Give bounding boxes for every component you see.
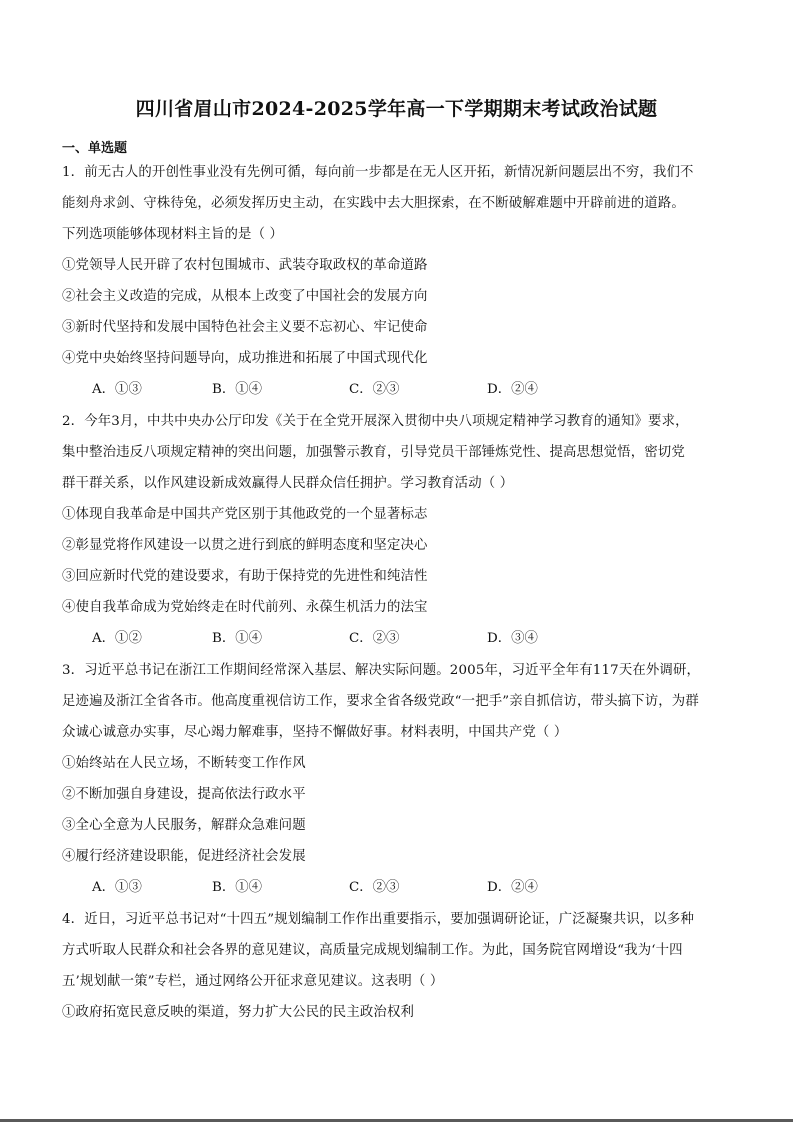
choice-c[interactable]: C．②③ xyxy=(349,880,399,896)
choice-c[interactable]: C．②③ xyxy=(349,631,399,647)
question-stem-line: 方式听取人民群众和社会各界的意见建议，高质量完成规划编制工作。为此，国务院官网增… xyxy=(62,943,683,959)
statement: ②社会主义改造的完成，从根本上改变了中国社会的发展方向 xyxy=(62,289,428,305)
statement: ①始终站在人民立场，不断转变工作作风 xyxy=(62,756,306,772)
statement: ③全心全意为人民服务，解群众急难问题 xyxy=(62,818,306,834)
statement: ④党中央始终坚持问题导向，成功推进和拓展了中国式现代化 xyxy=(62,351,428,367)
choice-a[interactable]: A．①③ xyxy=(92,382,142,398)
statement: ①体现自我革命是中国共产党区别于其他政党的一个显著标志 xyxy=(62,507,428,523)
question-stem-line: 群干群关系，以作风建设新成效赢得人民群众信任拥护。学习教育活动（ ） xyxy=(62,476,513,492)
question-stem-line: 1．前无古人的开创性事业没有先例可循，每向前一步都是在无人区开拓，新情况新问题层… xyxy=(62,165,694,181)
question-stem-line: 3．习近平总书记在浙江工作期间经常深入基层、解决实际问题。2005年，习近平全年… xyxy=(62,663,700,679)
statement: ④使自我革命成为党始终走在时代前列、永葆生机活力的法宝 xyxy=(62,600,428,616)
choice-b[interactable]: B．①④ xyxy=(212,382,262,398)
question-stem-line: 下列选项能够体现材料主旨的是（ ） xyxy=(62,227,283,243)
document-page: 四川省眉山市2024-2025学年高一下学期期末考试政治试题 一、单选题 1．前… xyxy=(0,0,793,1122)
choice-b[interactable]: B．①④ xyxy=(212,880,262,896)
statement: ②不断加强自身建设，提高依法行政水平 xyxy=(62,787,306,803)
question-stem-line: 集中整治违反八项规定精神的突出问题，加强警示教育，引导党员干部锤炼党性、提高思想… xyxy=(62,445,685,461)
statement: ②彰显党将作风建设一以贯之进行到底的鲜明态度和坚定决心 xyxy=(62,538,428,554)
choice-a[interactable]: A．①② xyxy=(92,631,142,647)
question-stem-line: 五’规划献一策”专栏，通过网络公开征求意见建议。这表明（ ） xyxy=(62,974,443,990)
statement: ①政府拓宽民意反映的渠道，努力扩大公民的民主政治权利 xyxy=(62,1005,414,1021)
choice-d[interactable]: D．②④ xyxy=(487,382,538,398)
question-stem-line: 足迹遍及浙江全省各市。他高度重视信访工作，要求全省各级党政“一把手”亲自抓信访，… xyxy=(62,694,699,710)
question-stem-line: 众诚心诚意办实事，尽心竭力解难事，坚持不懈做好事。材料表明，中国共产党（ ） xyxy=(62,725,567,741)
statement: ④履行经济建设职能，促进经济社会发展 xyxy=(62,849,306,865)
statement: ③新时代坚持和发展中国特色社会主义要不忘初心、牢记使命 xyxy=(62,320,428,336)
choice-d[interactable]: D．③④ xyxy=(487,631,538,647)
page-title: 四川省眉山市2024-2025学年高一下学期期末考试政治试题 xyxy=(0,94,793,121)
choice-a[interactable]: A．①③ xyxy=(92,880,142,896)
statement: ③回应新时代党的建设要求，有助于保持党的先进性和纯洁性 xyxy=(62,569,428,585)
section-heading: 一、单选题 xyxy=(62,137,127,156)
choice-c[interactable]: C．②③ xyxy=(349,382,399,398)
choice-d[interactable]: D．②④ xyxy=(487,880,538,896)
question-stem-line: 2．今年3月，中共中央办公厅印发《关于在全党开展深入贯彻中央八项规定精神学习教育… xyxy=(62,414,689,430)
choice-b[interactable]: B．①④ xyxy=(212,631,262,647)
statement: ①党领导人民开辟了农村包围城市、武装夺取政权的革命道路 xyxy=(62,258,428,274)
question-stem-line: 能刻舟求剑、守株待兔，必须发挥历史主动，在实践中去大胆探索，在不断破解难题中开辟… xyxy=(62,196,685,212)
question-stem-line: 4．近日，习近平总书记对“十四五”规划编制工作作出重要指示，要加强调研论证，广泛… xyxy=(62,912,694,928)
